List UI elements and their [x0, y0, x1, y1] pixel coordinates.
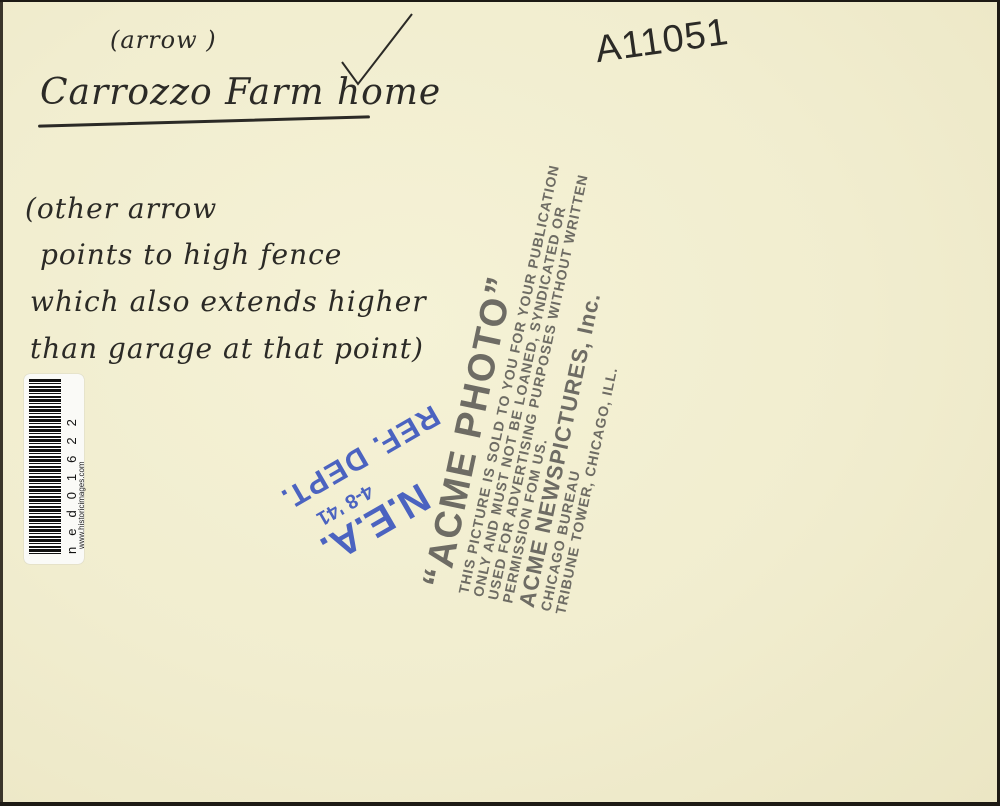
barcode-url: www.historicimages.com	[77, 461, 86, 549]
note-line: which also extends higher	[30, 285, 427, 318]
barcode-label: ned01622 www.historicimages.com	[24, 374, 84, 564]
barcode-icon	[29, 379, 61, 554]
handwritten-arrow-label: (arrow )	[110, 26, 217, 54]
handwritten-underline	[38, 115, 370, 127]
note-line: points to high fence	[40, 238, 342, 271]
scan-edge	[0, 2, 3, 802]
photo-back: (arrow ) Carrozzo Farm home A11051 (othe…	[0, 2, 997, 802]
handwritten-catalog-number: A11051	[593, 11, 732, 72]
note-line: than garage at that point)	[30, 332, 424, 365]
acme-photo-stamp: “ACME PHOTO” THIS PICTURE IS SOLD TO YOU…	[540, 302, 550, 312]
note-line: (other arrow	[25, 192, 217, 225]
checkmark-icon	[340, 12, 420, 87]
